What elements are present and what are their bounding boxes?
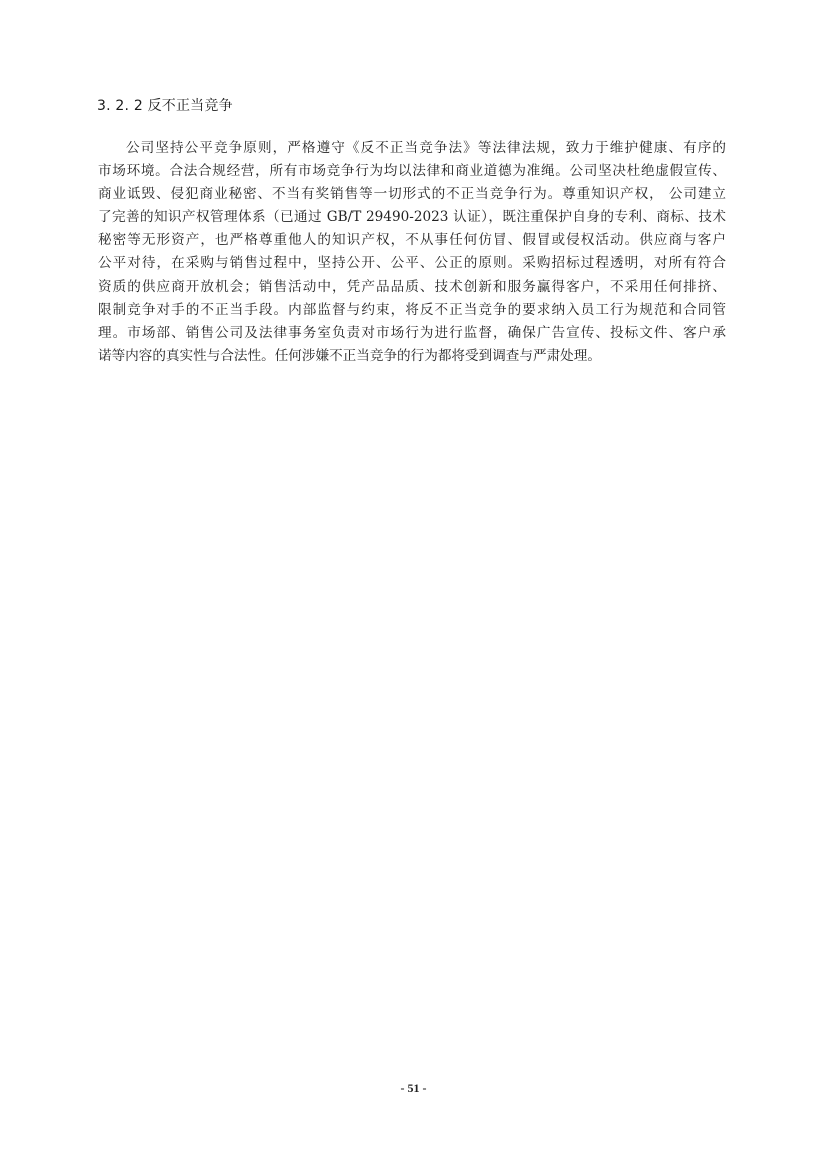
paragraph-line: 秘密等无形资产，也严格尊重他人的知识产权，不从事任何仿冒、假冒或侵权活动。供应商… xyxy=(98,229,726,252)
paragraph-line: 市场环境。合法合规经营，所有市场竞争行为均以法律和商业道德为准绳。公司坚决杜绝虚… xyxy=(98,160,726,183)
paragraph-line: 资质的供应商开放机会；销售活动中，凭产品品质、技术创新和服务赢得客户，不采用任何… xyxy=(98,276,726,299)
paragraph-line: 公平对待，在采购与销售过程中，坚持公开、公平、公正的原则。采购招标过程透明，对所… xyxy=(98,252,726,275)
paragraph-line: 理。市场部、销售公司及法律事务室负责对市场行为进行监督，确保广告宣传、投标文件、… xyxy=(98,322,726,345)
paragraph-line: 商业诋毁、侵犯商业秘密、不当有奖销售等一切形式的不正当竞争行为。尊重知识产权， … xyxy=(98,183,726,206)
paragraph-line: 公司坚持公平竞争原则，严格遵守《反不正当竞争法》等法律法规，致力于维护健康、有序… xyxy=(98,137,726,160)
document-page: 3. 2. 2 反不正当竞争 公司坚持公平竞争原则，严格遵守《反不正当竞争法》等… xyxy=(0,0,827,1170)
paragraph-line: 限制竞争对手的不正当手段。内部监督与约束，将反不正当竞争的要求纳入员工行为规范和… xyxy=(98,299,726,322)
paragraph-line: 诺等内容的真实性与合法性。任何涉嫌不正当竞争的行为都将受到调查与严肃处理。 xyxy=(98,345,726,368)
paragraph-line: 了完善的知识产权管理体系（已通过 GB/T 29490-2023 认证），既注重… xyxy=(98,206,726,229)
page-number: - 51 - xyxy=(0,1081,827,1096)
section-body: 公司坚持公平竞争原则，严格遵守《反不正当竞争法》等法律法规，致力于维护健康、有序… xyxy=(98,137,726,368)
section-heading: 3. 2. 2 反不正当竞争 xyxy=(97,95,233,115)
